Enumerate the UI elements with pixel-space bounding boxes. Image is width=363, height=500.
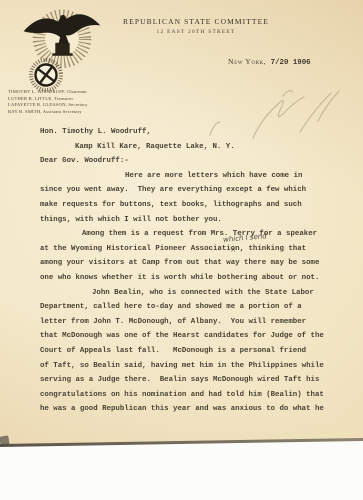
letter-line: at the Wyoming Historical Pioneer Associ… — [40, 242, 345, 257]
letter-line: one who knows whether it is worth while … — [40, 271, 345, 286]
letter-line: Among them is a request from Mrs. Terry … — [40, 227, 345, 242]
officers-list: TIMOTHY L. WOODRUFF, ChairmanLUTHER B. L… — [8, 89, 88, 115]
letter-line: of Taft, so Bealin said, having met him … — [40, 359, 345, 374]
officer-line: LAFAYETTE B. GLEASON, Secretary — [8, 102, 88, 109]
officer-line: TIMOTHY L. WOODRUFF, Chairman — [8, 89, 88, 96]
dateline-date: 7/20 1906 — [266, 59, 310, 67]
letter-line: Here are more letters which have come in — [40, 169, 345, 184]
organization-address: 12 EAST 20TH STREET — [66, 29, 326, 35]
organization-title: REPUBLICAN STATE COMMITTEE — [66, 17, 326, 26]
letter-line: Kamp Kill Kare, Raquette Lake, N. Y. — [40, 140, 345, 155]
letter-line: Department, called here to-day and showe… — [40, 300, 345, 315]
letter-line: things, with which I will not bother you… — [40, 213, 345, 228]
letter-line: make requests for buttons, text books, l… — [40, 198, 345, 213]
dateline: New York, 7/20 1906 — [228, 51, 311, 69]
letter-line: Court of Appeals last fall. McDonough is… — [40, 344, 345, 359]
letter-body: Hon. Timothy L. Woodruff,Kamp Kill Kare,… — [40, 125, 345, 417]
letter-line: serving as a Judge there. Bealin says Mc… — [40, 373, 345, 388]
letter-line: Dear Gov. Woodruff:- — [40, 154, 345, 169]
dateline-place: New York, — [228, 57, 266, 66]
officer-line: LUTHER B. LITTLE, Treasurer — [8, 96, 88, 103]
letter-line: John Bealin, who is connected with the S… — [40, 286, 345, 301]
letter-line: since you went away. They are everything… — [40, 183, 345, 198]
letter-paper: REPUBLICAN STATE COMMITTEE 12 EAST 20TH … — [0, 0, 363, 448]
scanned-letter-page: REPUBLICAN STATE COMMITTEE 12 EAST 20TH … — [0, 0, 363, 500]
letter-line: he was a good Republican this year and w… — [40, 402, 345, 417]
paper-corner-smudge — [0, 435, 10, 446]
letter-line: congratulations on his nomination and ha… — [40, 388, 345, 403]
letter-line: Hon. Timothy L. Woodruff, — [40, 125, 345, 140]
insertion-caret-mark: ^ — [231, 248, 235, 256]
letter-line: that McDonough was one of the Hearst can… — [40, 329, 345, 344]
officer-line: RAY B. SMITH, Assistant Secretary — [8, 109, 88, 116]
letter-line: among your visitors at Camp from out tha… — [40, 256, 345, 271]
letter-line: letter from John T. McDonough, of Albany… — [40, 315, 345, 330]
